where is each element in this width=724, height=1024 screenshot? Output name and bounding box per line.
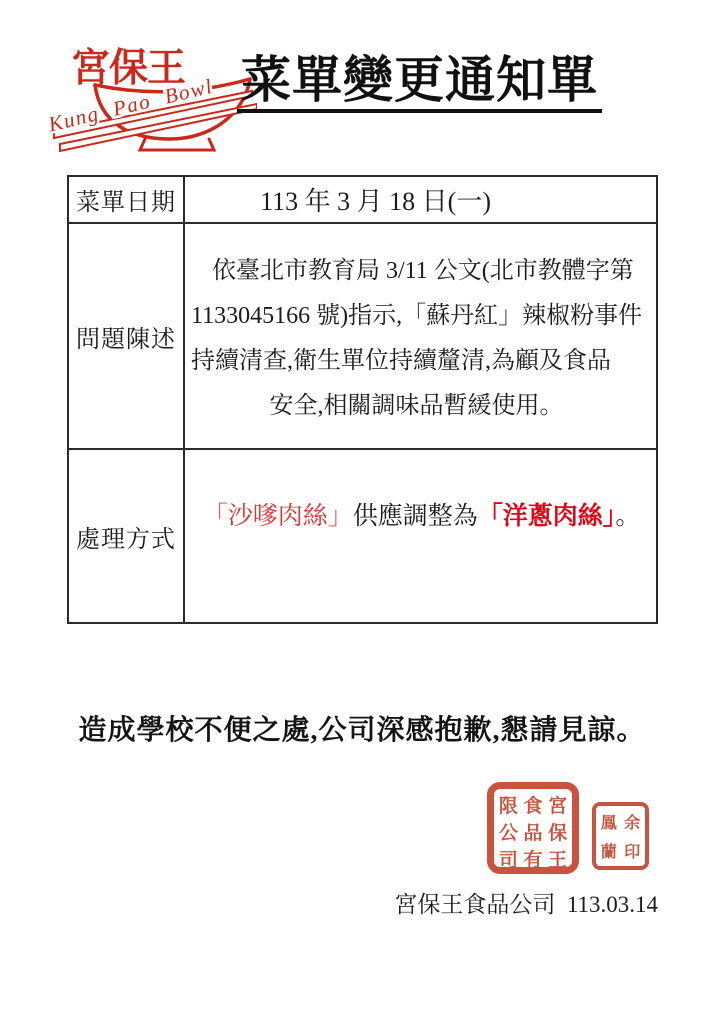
seal-character: 司: [496, 845, 521, 872]
apology-line: 造成學校不便之處,公司深感抱歉,懇請見諒。: [0, 708, 724, 748]
problem-line-1: 依臺北市教育局 3/11 公文(北市教體字第: [191, 249, 642, 294]
brand-name-chinese: 宮保王: [71, 47, 185, 90]
seal-character: 品: [521, 818, 546, 845]
problem-line-2: 1133045166 號)指示,「蘇丹紅」辣椒粉事件: [191, 294, 642, 339]
row-label-menu-date: 菜單日期: [69, 177, 185, 224]
seal-character: 保: [545, 818, 570, 845]
problem-statement: 依臺北市教育局 3/11 公文(北市教體字第 1133045166 號)指示,「…: [185, 224, 658, 450]
menu-date-value: 113 年 3 月 18 日(一): [185, 177, 658, 224]
handling-period: 。: [615, 503, 640, 530]
seal-character: 食: [521, 791, 546, 818]
seal-character: 鳳: [597, 807, 621, 836]
seal-character: 有: [521, 845, 546, 872]
signature-line: 宮保王食品公司 113.03.14: [0, 886, 658, 919]
row-label-handling: 處理方式: [69, 450, 185, 622]
handling-middle-text: 供應調整為: [353, 503, 478, 530]
old-dish-name: 「沙嗲肉絲」: [203, 503, 353, 530]
seal-character: 余: [621, 807, 645, 836]
company-seal-stamp: 限 食 宮 公 品 保 司 有 王: [487, 782, 579, 874]
seal-character: 印: [621, 836, 645, 865]
problem-line-3: 持續清查,衛生單位持續釐清,為顧及食品: [191, 339, 642, 384]
row-label-problem: 問題陳述: [69, 224, 185, 450]
seal-character: 公: [496, 818, 521, 845]
seal-character: 限: [496, 791, 521, 818]
handling-method: 「沙嗲肉絲」供應調整為「洋蔥肉絲」。: [185, 450, 658, 622]
notice-table: 菜單日期 113 年 3 月 18 日(一) 問題陳述 依臺北市教育局 3/11…: [67, 175, 658, 624]
seal-character: 王: [545, 845, 570, 872]
new-dish-name: 「洋蔥肉絲」: [478, 503, 616, 530]
problem-line-4: 安全,相關調味品暫緩使用。: [191, 384, 642, 429]
personal-seal-stamp: 鳳 余 蘭 印: [592, 802, 649, 870]
seal-character: 蘭: [597, 836, 621, 865]
kung-pao-bowl-logo-icon: Kung Pao Bowl 宮保王: [42, 27, 257, 152]
seal-character: 宮: [545, 791, 570, 818]
notice-document: Kung Pao Bowl 宮保王 菜單變更通知單 菜單日期 113 年 3 月…: [0, 0, 724, 1024]
company-logo: Kung Pao Bowl 宮保王: [42, 27, 257, 152]
page-title: 菜單變更通知單: [237, 54, 602, 113]
